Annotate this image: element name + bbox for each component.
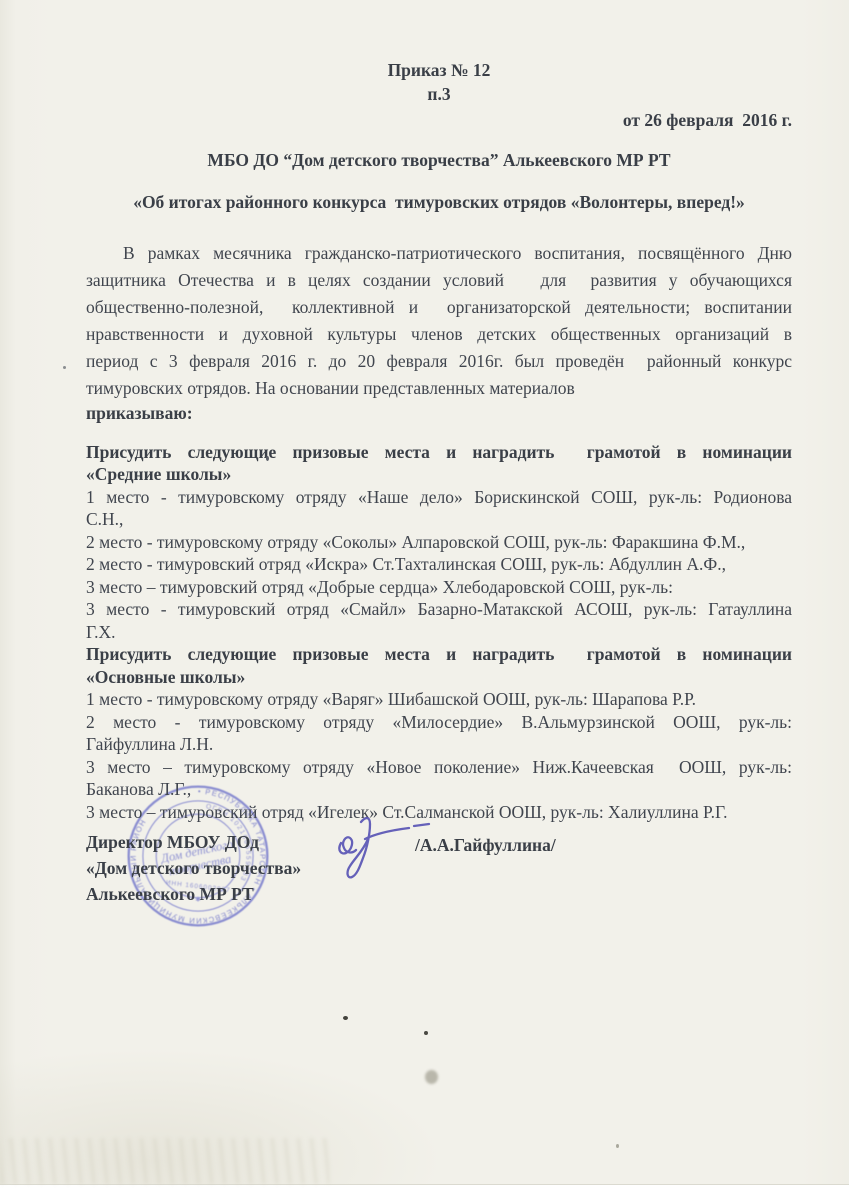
- scan-speck: [266, 456, 269, 461]
- preamble-paragraph: В рамках месячника гражданско-патриотиче…: [86, 240, 792, 402]
- award-entry: 2 место - тимуровскому отряду «Соколы» А…: [86, 531, 792, 554]
- award-entries: 1 место - тимуровскому отряду «Варяг» Ши…: [86, 688, 792, 823]
- award-entry: С.Н.,: [86, 508, 792, 531]
- award-entry: Гайфуллина Л.Н.: [86, 733, 792, 756]
- preamble-line: тимуровских отрядов. На основании предст…: [86, 375, 792, 402]
- signature-stroke: [365, 828, 409, 839]
- award-entry: 3 место – тимуровский отряд «Добрые серд…: [86, 576, 792, 599]
- scanned-document-page: { "document": { "header": { "order_no": …: [0, 0, 849, 1200]
- award-section-heading: Присудить следующие призовые места и наг…: [86, 643, 792, 688]
- award-entry: 1 место - тимуровскому отряду «Наше дело…: [86, 486, 792, 509]
- heading-line: «Основные школы»: [86, 666, 792, 689]
- award-entry: 3 место – тимуровскому отряду «Новое пок…: [86, 756, 792, 779]
- heading-line: Присудить следующие призовые места и наг…: [86, 643, 792, 666]
- scan-speck: [425, 1070, 438, 1084]
- order-subject: «Об итогах районного конкурса тимуровски…: [86, 190, 792, 214]
- scan-speck: [63, 366, 66, 369]
- award-entry: 2 место - тимуровскому отряду «Милосерди…: [86, 711, 792, 734]
- signature-block: Директор МБОУ ДОд«Дом детского творчеств…: [86, 829, 792, 939]
- award-section-heading: Присудить следующие призовые места и наг…: [86, 441, 792, 486]
- preamble-line: период с 3 февраля 2016 г. до 20 февраля…: [86, 348, 792, 375]
- signatory-name: /А.А.Гайфуллина/: [415, 833, 556, 857]
- scan-speck: [343, 1016, 348, 1020]
- award-entry: 3 место – тимуровский отряд «Игелек» Ст.…: [86, 801, 792, 824]
- signature-stroke: [339, 837, 356, 853]
- order-number: Приказ № 12: [86, 58, 792, 82]
- scan-speck: [616, 1144, 619, 1148]
- heading-line: «Средние школы»: [86, 463, 792, 486]
- preamble-line: общественно-полезной, коллективной и орг…: [86, 294, 792, 321]
- order-date: от 26 февраля 2016 г.: [86, 108, 792, 132]
- decree-word: приказываю:: [86, 402, 792, 425]
- organization-name: МБО ДО “Дом детского творчества” Алькеев…: [86, 148, 792, 172]
- award-section-middle-schools: Присудить следующие призовые места и наг…: [86, 441, 792, 644]
- award-entries: 1 место - тимуровскому отряду «Наше дело…: [86, 486, 792, 644]
- award-section-basic-schools: Присудить следующие призовые места и наг…: [86, 643, 792, 823]
- heading-line: Присудить следующие призовые места и наг…: [86, 441, 792, 464]
- scan-speck: [424, 1031, 428, 1035]
- signature-stroke: [414, 824, 429, 826]
- clause-number: п.3: [86, 82, 792, 106]
- award-entry: Г.Х.: [86, 621, 792, 644]
- scan-texture: [0, 1138, 330, 1184]
- preamble-line: нравственности и духовной культуры члено…: [86, 321, 792, 348]
- award-entry: 2 место - тимуровский отряд «Искра» Ст.Т…: [86, 553, 792, 576]
- award-entry: Баканова Л.Г.,: [86, 778, 792, 801]
- award-entry: 1 место - тимуровскому отряду «Варяг» Ши…: [86, 688, 792, 711]
- document-content: Приказ № 12 п.3 от 26 февраля 2016 г. МБ…: [86, 58, 792, 939]
- signatory-position-line: «Дом детского творчества»: [86, 855, 792, 881]
- preamble-line: защитника Отечества и в целях создании у…: [86, 267, 792, 294]
- preamble-line: В рамках месячника гражданско-патриотиче…: [86, 240, 792, 267]
- signatory-position-line: Алькеевского МР РТ: [86, 881, 792, 907]
- award-entry: 3 место - тимуровский отряд «Смайл» База…: [86, 598, 792, 621]
